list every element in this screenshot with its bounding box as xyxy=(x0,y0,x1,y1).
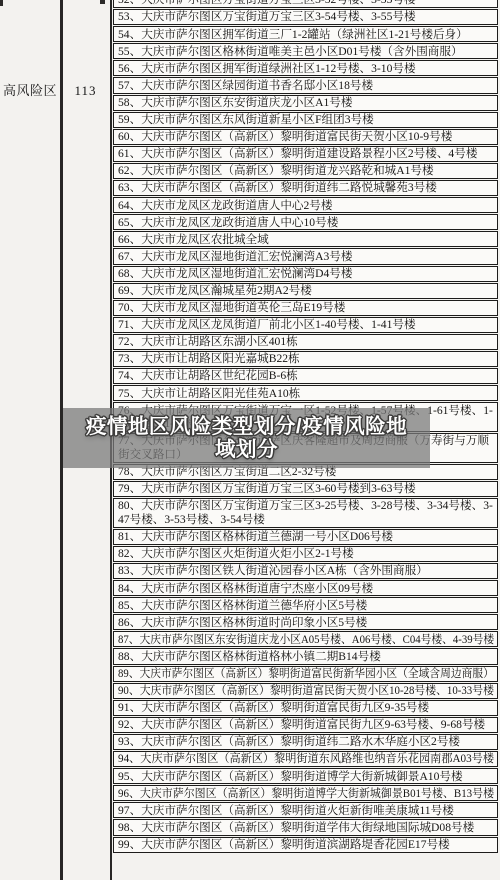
list-item-text: 66、大庆市龙凤区农批城全域 xyxy=(118,233,269,247)
list-item: 74、大庆市让胡路区世纪花园B-6栋 xyxy=(113,368,498,384)
list-item-text: 69、大庆市龙凤区瀚城星苑2期A2号楼 xyxy=(118,284,312,298)
list-item-text: 94、大庆市萨尔图区（高新区）黎明街道东风路维也纳音乐花园南郡A03号楼 xyxy=(118,752,494,766)
list-item-text: 62、大庆市萨尔图区（高新区）黎明街道龙兴路乾和城A1号楼 xyxy=(118,164,434,178)
list-item-text: 80、大庆市萨尔图区万宝街道万宝三区3-25号楼、3-28号楼、3-34号楼、3… xyxy=(118,499,495,526)
list-item-text: 58、大庆市萨尔图区东安街道庆龙小区A1号楼 xyxy=(118,96,352,110)
list-item: 58、大庆市萨尔图区东安街道庆龙小区A1号楼 xyxy=(113,95,498,111)
document-scan-page: { "sidebar": { "category_label": "高风险区",… xyxy=(0,0,500,880)
list-item: 91、大庆市萨尔图区（高新区）黎明街道富民街九区9-35号楼 xyxy=(113,700,498,716)
list-item: 79、大庆市萨尔图区万宝街道万宝三区3-60号楼到3-63号楼 xyxy=(113,481,498,497)
list-item: 83、大庆市萨尔图区铁人街道沁园春小区A栋（含外围商服） xyxy=(113,563,498,579)
list-item: 88、大庆市萨尔图区格林街道格林小镇二期B14号楼 xyxy=(113,648,498,664)
list-item: 93、大庆市萨尔图区（高新区）黎明街道纬二路水木华庭小区2号楼 xyxy=(113,734,498,750)
list-item-text: 70、大庆市龙凤区湿地街道英伦三岛E19号楼 xyxy=(118,301,345,315)
list-item: 52、大庆市萨尔图区万宝街道万宝三区3-52号楼、3-53号楼 xyxy=(113,0,498,8)
list-item: 98、大庆市萨尔图区（高新区）黎明街道学伟大街绿地国际城D08号楼 xyxy=(113,819,498,835)
list-item: 89、大庆市萨尔图区（高新区）黎明街道富民街新华园小区（全域含周边商服） xyxy=(113,666,498,682)
list-item: 70、大庆市龙凤区湿地街道英伦三岛E19号楼 xyxy=(113,300,498,316)
list-item-text: 79、大庆市萨尔图区万宝街道万宝三区3-60号楼到3-63号楼 xyxy=(118,482,416,496)
list-item-text: 93、大庆市萨尔图区（高新区）黎明街道纬二路水木华庭小区2号楼 xyxy=(118,735,460,749)
list-item-text: 67、大庆市龙凤区湿地街道汇宏悦澜湾A3号楼 xyxy=(118,250,352,264)
list-item-text: 57、大庆市萨尔图区绿园街道书香名邸小区18号楼 xyxy=(118,79,373,93)
list-item: 69、大庆市龙凤区瀚城星苑2期A2号楼 xyxy=(113,283,498,299)
risk-category-count: 113 xyxy=(62,83,109,98)
list-item: 61、大庆市萨尔图区（高新区）黎明街道建设路景程小区2号楼、4号楼 xyxy=(113,146,498,162)
list-item: 90、大庆市萨尔图区（高新区）黎明街道富民街天贺小区10-28号楼、10-33号… xyxy=(113,683,498,699)
list-item-text: 99、大庆市萨尔图区（高新区）黎明街道滨湖路堤香花园E17号楼 xyxy=(118,838,450,852)
list-item-text: 91、大庆市萨尔图区（高新区）黎明街道富民街九区9-35号楼 xyxy=(118,701,429,715)
list-item-text: 90、大庆市萨尔图区（高新区）黎明街道富民街天贺小区10-28号楼、10-33号… xyxy=(118,684,494,698)
risk-category-label: 高风险区 xyxy=(0,83,60,98)
list-item-text: 87、大庆市萨尔图区东安街道庆龙小区A05号楼、A06号楼、C04号楼、4-39… xyxy=(118,633,494,647)
list-item: 65、大庆市龙凤区龙政街道唐人中心10号楼 xyxy=(113,214,498,230)
list-item: 64、大庆市龙凤区龙政街道唐人中心2号楼 xyxy=(113,197,498,213)
list-item-text: 55、大庆市萨尔图区格林街道唯美主邑小区D01号楼（含外围商服） xyxy=(118,45,463,59)
list-item-text: 56、大庆市萨尔图区拥军街道绿洲社区1-12号楼、3-10号楼 xyxy=(118,62,416,76)
list-item: 55、大庆市萨尔图区格林街道唯美主邑小区D01号楼（含外围商服） xyxy=(113,43,498,59)
list-item-text: 85、大庆市萨尔图区格林街道兰德华府小区5号楼 xyxy=(118,599,367,613)
list-item: 66、大庆市龙凤区农批城全域 xyxy=(113,231,498,247)
watermark-title-line2: 域划分 xyxy=(215,438,278,461)
list-item-text: 71、大庆市龙凤区龙凤街道厂前北小区1-40号楼、1-41号楼 xyxy=(118,318,416,332)
list-item: 86、大庆市萨尔图区格林街道时尚印象小区5号楼 xyxy=(113,614,498,630)
list-item: 94、大庆市萨尔图区（高新区）黎明街道东风路维也纳音乐花园南郡A03号楼 xyxy=(113,751,498,767)
list-item-text: 82、大庆市萨尔图区火炬街道火炬小区2-1号楼 xyxy=(118,547,354,561)
list-item: 62、大庆市萨尔图区（高新区）黎明街道龙兴路乾和城A1号楼 xyxy=(113,163,498,179)
list-item: 81、大庆市萨尔图区格林街道兰德湖一号小区D06号楼 xyxy=(113,529,498,545)
list-item: 60、大庆市萨尔图区（高新区）黎明街道富民街天贺小区10-9号楼 xyxy=(113,129,498,145)
list-item: 95、大庆市萨尔图区（高新区）黎明街道博学大街新城御景A10号楼 xyxy=(113,768,498,784)
list-item-text: 84、大庆市萨尔图区格林街道唐宁杰座小区09号楼 xyxy=(118,582,373,596)
list-item-text: 72、大庆市让胡路区东湖小区401栋 xyxy=(118,335,298,349)
list-item: 72、大庆市让胡路区东湖小区401栋 xyxy=(113,334,498,350)
list-item: 92、大庆市萨尔图区（高新区）黎明街道富民街九区9-63号楼、9-68号楼 xyxy=(113,717,498,733)
list-item-text: 59、大庆市萨尔图区东风街道新星小区F组团3号楼 xyxy=(118,113,374,127)
list-item-text: 68、大庆市龙凤区湿地街道汇宏悦澜湾D4号楼 xyxy=(118,267,352,281)
list-item: 87、大庆市萨尔图区东安街道庆龙小区A05号楼、A06号楼、C04号楼、4-39… xyxy=(113,631,498,647)
list-item: 82、大庆市萨尔图区火炬街道火炬小区2-1号楼 xyxy=(113,546,498,562)
list-item: 67、大庆市龙凤区湿地街道汇宏悦澜湾A3号楼 xyxy=(113,248,498,264)
list-item: 63、大庆市萨尔图区（高新区）黎明街道纬二路悦城馨苑3号楼 xyxy=(113,180,498,196)
list-item: 73、大庆市让胡路区阳光嘉城B22栋 xyxy=(113,351,498,367)
list-item: 54、大庆市萨尔图区拥军街道三厂1-2罐站（绿洲社区1-21号楼后身） xyxy=(113,26,498,42)
list-item: 84、大庆市萨尔图区格林街道唐宁杰座小区09号楼 xyxy=(113,580,498,596)
list-item-text: 65、大庆市龙凤区龙政街道唐人中心10号楼 xyxy=(118,216,338,230)
list-item-text: 53、大庆市萨尔图区万宝街道万宝三区3-54号楼、3-55号楼 xyxy=(118,10,416,24)
list-item-text: 81、大庆市萨尔图区格林街道兰德湖一号小区D06号楼 xyxy=(118,530,393,544)
scan-artifact xyxy=(100,0,105,4)
list-item: 97、大庆市萨尔图区（高新区）黎明街道火炬新街唯美康城11号楼 xyxy=(113,802,498,818)
list-item-text: 73、大庆市让胡路区阳光嘉城B22栋 xyxy=(118,352,300,366)
list-item: 96、大庆市萨尔图区（高新区）黎明街道博学大街新城御景B01号楼、B13号楼 xyxy=(113,785,498,801)
list-item-text: 74、大庆市让胡路区世纪花园B-6栋 xyxy=(118,369,298,383)
list-item-text: 86、大庆市萨尔图区格林街道时尚印象小区5号楼 xyxy=(118,616,367,630)
list-item-text: 88、大庆市萨尔图区格林街道格林小镇二期B14号楼 xyxy=(118,650,381,664)
list-item: 99、大庆市萨尔图区（高新区）黎明街道滨湖路堤香花园E17号楼 xyxy=(113,837,498,853)
list-item-text: 63、大庆市萨尔图区（高新区）黎明街道纬二路悦城馨苑3号楼 xyxy=(118,181,437,195)
list-item: 68、大庆市龙凤区湿地街道汇宏悦澜湾D4号楼 xyxy=(113,266,498,282)
list-item: 85、大庆市萨尔图区格林街道兰德华府小区5号楼 xyxy=(113,597,498,613)
list-item-text: 60、大庆市萨尔图区（高新区）黎明街道富民街天贺小区10-9号楼 xyxy=(118,130,452,144)
list-item: 71、大庆市龙凤区龙凤街道厂前北小区1-40号楼、1-41号楼 xyxy=(113,317,498,333)
list-item-text: 89、大庆市萨尔图区（高新区）黎明街道富民街新华园小区（全域含周边商服） xyxy=(118,667,494,681)
list-item: 80、大庆市萨尔图区万宝街道万宝三区3-25号楼、3-28号楼、3-34号楼、3… xyxy=(113,498,498,528)
list-item-text: 92、大庆市萨尔图区（高新区）黎明街道富民街九区9-63号楼、9-68号楼 xyxy=(118,718,485,732)
list-item-text: 75、大庆市让胡路区阳光佳苑A10栋 xyxy=(118,387,300,401)
watermark-title-line1: 疫情地区风险类型划分/疫情风险地 xyxy=(86,415,407,438)
list-item: 53、大庆市萨尔图区万宝街道万宝三区3-54号楼、3-55号楼 xyxy=(113,9,498,25)
list-item: 56、大庆市萨尔图区拥军街道绿洲社区1-12号楼、3-10号楼 xyxy=(113,60,498,76)
list-item: 75、大庆市让胡路区阳光佳苑A10栋 xyxy=(113,385,498,401)
scan-artifact xyxy=(0,0,3,6)
list-item-text: 54、大庆市萨尔图区拥军街道三厂1-2罐站（绿洲社区1-21号楼后身） xyxy=(118,28,468,42)
list-item: 59、大庆市萨尔图区东风街道新星小区F组团3号楼 xyxy=(113,112,498,128)
list-item-text: 64、大庆市龙凤区龙政街道唐人中心2号楼 xyxy=(118,199,333,213)
list-item-text: 83、大庆市萨尔图区铁人街道沁园春小区A栋（含外围商服） xyxy=(118,564,428,578)
list-item-text: 96、大庆市萨尔图区（高新区）黎明街道博学大街新城御景B01号楼、B13号楼 xyxy=(118,787,494,801)
list-item-text: 98、大庆市萨尔图区（高新区）黎明街道学伟大街绿地国际城D08号楼 xyxy=(118,821,474,835)
list-item-text: 61、大庆市萨尔图区（高新区）黎明街道建设路景程小区2号楼、4号楼 xyxy=(118,147,477,161)
watermark-title: 疫情地区风险类型划分/疫情风险地 域划分 xyxy=(63,415,430,461)
list-item-text: 95、大庆市萨尔图区（高新区）黎明街道博学大街新城御景A10号楼 xyxy=(118,770,463,784)
list-item-text: 52、大庆市萨尔图区万宝街道万宝三区3-52号楼、3-53号楼 xyxy=(118,0,416,7)
list-item-text: 97、大庆市萨尔图区（高新区）黎明街道火炬新街唯美康城11号楼 xyxy=(118,804,454,818)
list-item: 57、大庆市萨尔图区绿园街道书香名邸小区18号楼 xyxy=(113,77,498,93)
